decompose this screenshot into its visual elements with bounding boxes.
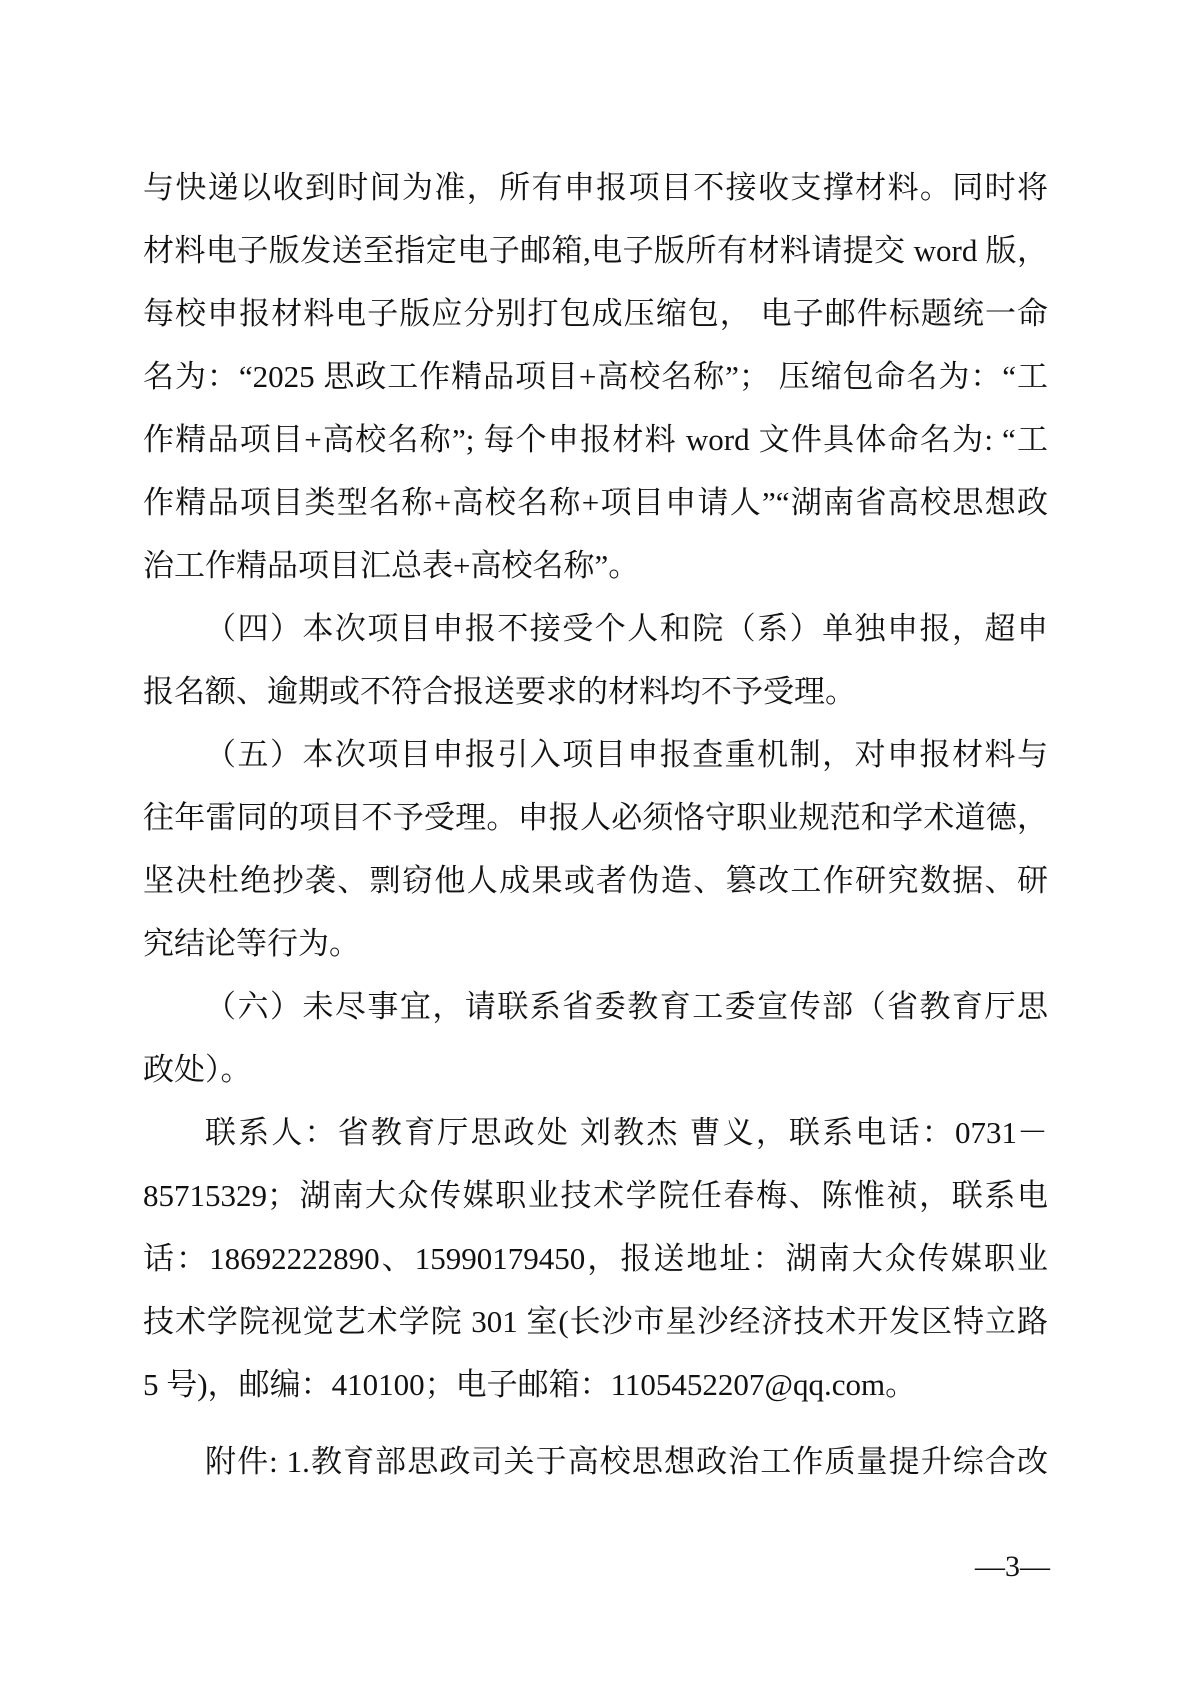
- contact-info-line: 5 号)，邮编：410100；电子邮箱：1105452207@qq.com。: [143, 1353, 1048, 1416]
- text-line: 坚决杜绝抄袭、剽窃他人成果或者伪造、篡改工作研究数据、研: [143, 849, 1048, 912]
- text-line: 材料电子版发送至指定电子邮箱,电子版所有材料请提交 word 版，: [143, 219, 1048, 282]
- contact-info-line: 话：18692222890、15990179450，报送地址：湖南大众传媒职业: [143, 1227, 1048, 1290]
- text-line: 作精品项目类型名称+高校名称+项目申请人”“湖南省高校思想政: [143, 471, 1048, 534]
- text-line: 往年雷同的项目不予受理。申报人必须恪守职业规范和学术道德，: [143, 786, 1048, 849]
- paragraph-start-line: （六）未尽事宜，请联系省委教育工委宣传部（省教育厅思: [143, 975, 1048, 1038]
- text-line: 与快递以收到时间为准，所有申报项目不接收支撑材料。同时将: [143, 156, 1048, 219]
- attachment-list-line: 附件: 1.教育部思政司关于高校思想政治工作质量提升综合改: [143, 1430, 1048, 1493]
- text-line: 治工作精品项目汇总表+高校名称”。: [143, 534, 1048, 597]
- contact-info-line: 85715329；湖南大众传媒职业技术学院任春梅、陈惟祯，联系电: [143, 1164, 1048, 1227]
- text-line: 每校申报材料电子版应分别打包成压缩包， 电子邮件标题统一命: [143, 282, 1048, 345]
- text-line: 报名额、逾期或不符合报送要求的材料均不予受理。: [143, 660, 1048, 723]
- text-line: 政处）。: [143, 1038, 1048, 1101]
- document-body: 与快递以收到时间为准，所有申报项目不接收支撑材料。同时将 材料电子版发送至指定电…: [143, 156, 1048, 1493]
- text-line: 名为：“2025 思政工作精品项目+高校名称”； 压缩包命名为：“工: [143, 345, 1048, 408]
- contact-info-line: 技术学院视觉艺术学院 301 室(长沙市星沙经济技术开发区特立路: [143, 1290, 1048, 1353]
- document-page: 与快递以收到时间为准，所有申报项目不接收支撑材料。同时将 材料电子版发送至指定电…: [0, 0, 1191, 1684]
- paragraph-start-line: （四）本次项目申报不接受个人和院（系）单独申报，超申: [143, 597, 1048, 660]
- paragraph-start-line: （五）本次项目申报引入项目申报查重机制，对申报材料与: [143, 723, 1048, 786]
- text-line: 作精品项目+高校名称”; 每个申报材料 word 文件具体命名为: “工: [143, 408, 1048, 471]
- contact-info-line: 联系人：省教育厅思政处 刘教杰 曹义，联系电话：0731－: [143, 1101, 1048, 1164]
- page-number: —3—: [975, 1550, 1050, 1584]
- text-line: 究结论等行为。: [143, 912, 1048, 975]
